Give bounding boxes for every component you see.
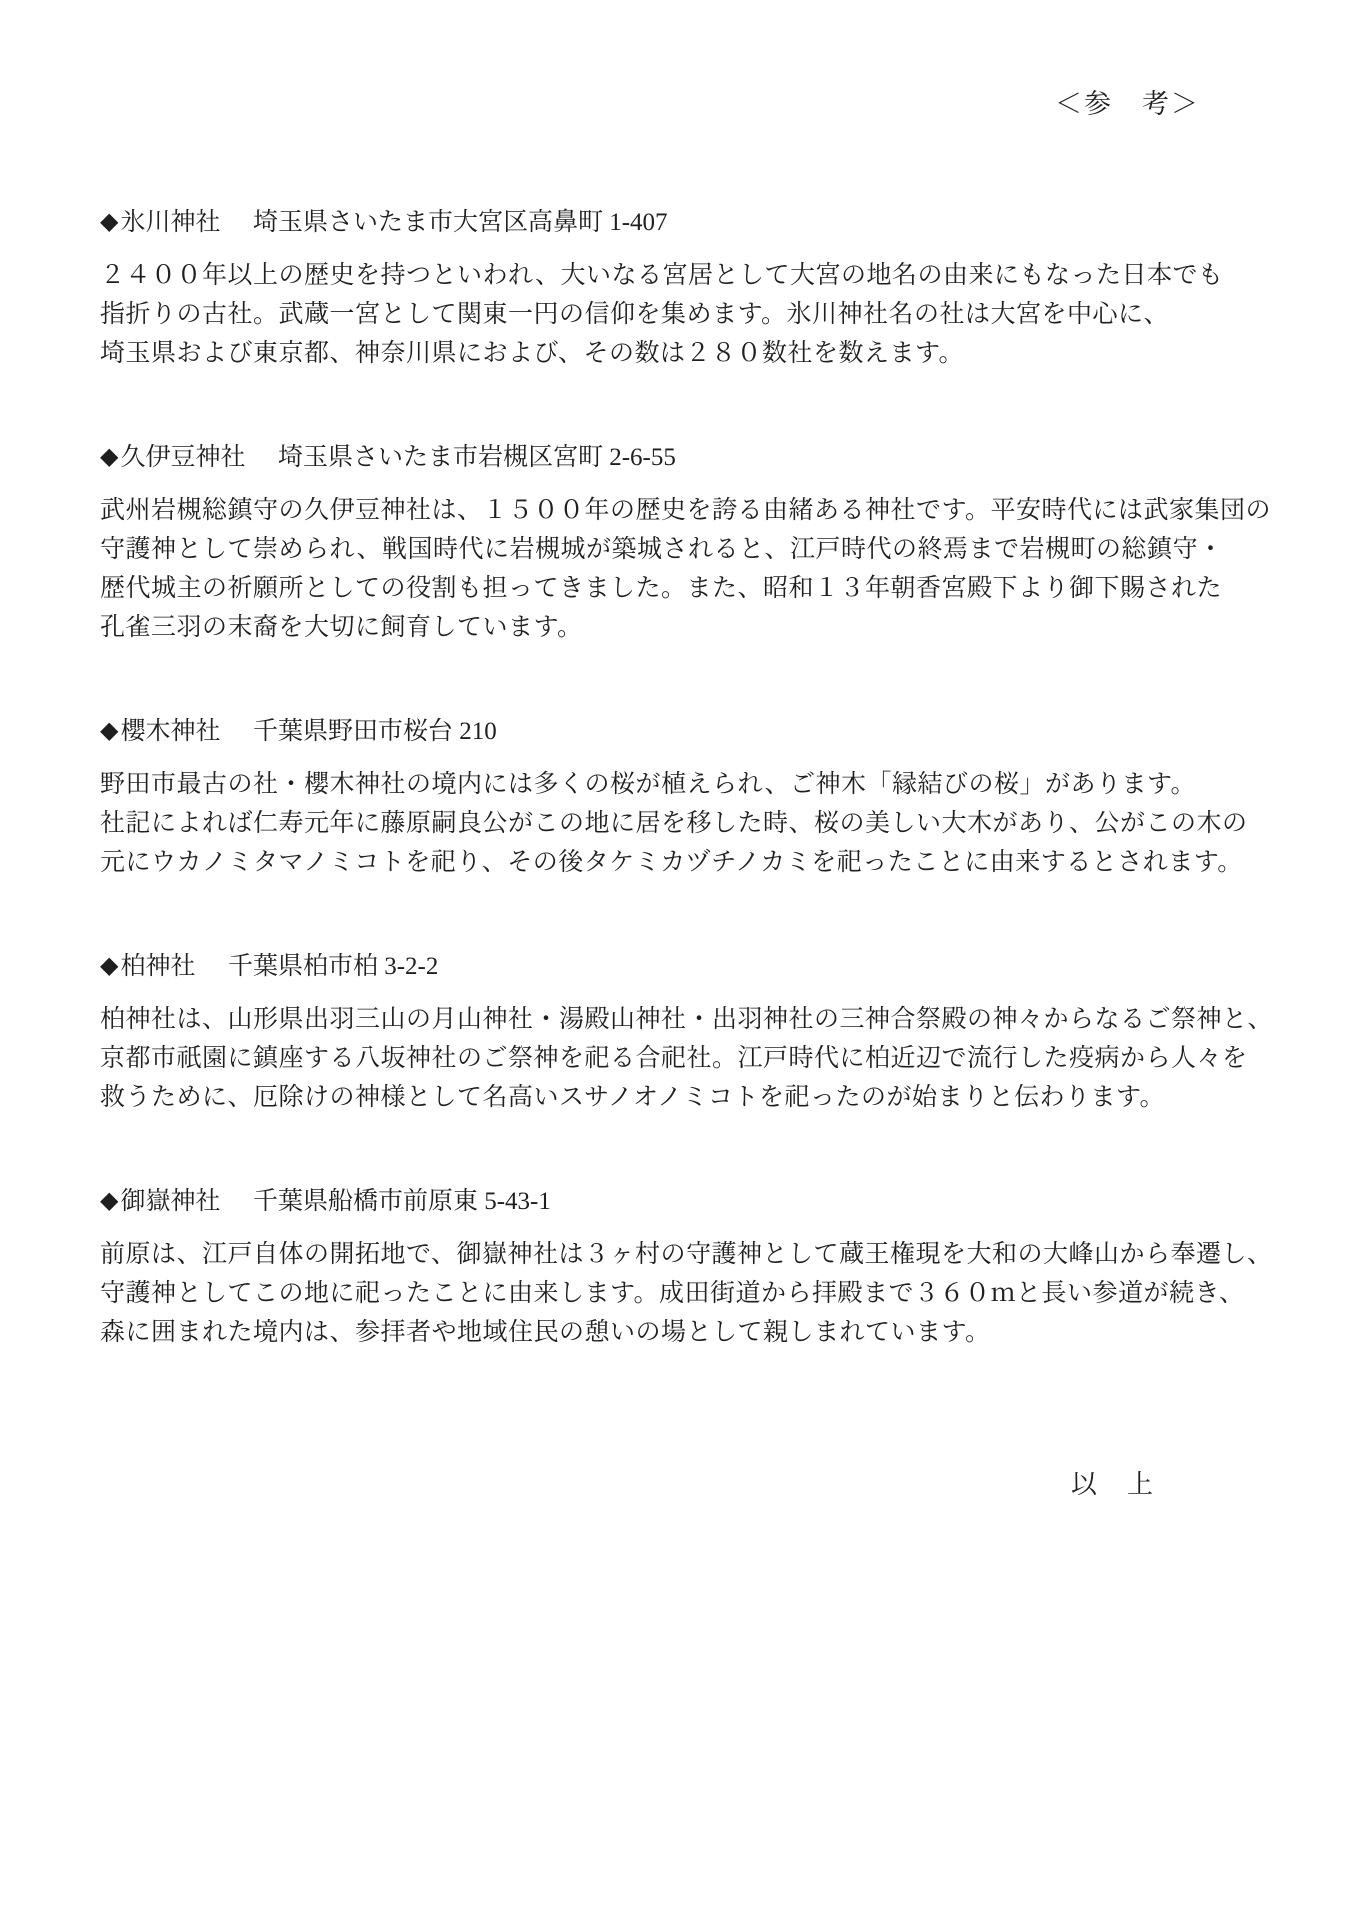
- diamond-bullet-icon: ◆: [100, 712, 118, 751]
- paragraph-line: 森に囲まれた境内は、参拝者や地域住民の憩いの場として親しまれています。: [100, 1313, 1267, 1352]
- shrine-name: 久伊豆神社: [120, 444, 245, 471]
- section-heading: ◆氷川神社埼玉県さいたま市大宮区高鼻町 1-407: [100, 203, 1267, 243]
- paragraph-line: 前原は、江戸自体の開拓地で、御嶽神社は３ヶ村の守護神として蔵王権現を大和の大峰山…: [100, 1235, 1267, 1274]
- paragraph-line: 指折りの古社。武蔵一宮として関東一円の信仰を集めます。氷川神社名の社は大宮を中心…: [100, 295, 1267, 334]
- paragraph-line: 救うために、厄除けの神様として名高いスサノオノミコトを祀ったのが始まりと伝わりま…: [100, 1078, 1267, 1117]
- diamond-bullet-icon: ◆: [100, 203, 118, 242]
- paragraph-line: 歴代城主の祈願所としての役割も担ってきました。また、昭和１３年朝香宮殿下より御下…: [100, 569, 1267, 608]
- shrine-name: 御嶽神社: [120, 1188, 220, 1215]
- document-page: ＜参 考＞ ◆氷川神社埼玉県さいたま市大宮区高鼻町 1-407２４００年以上の歴…: [0, 0, 1357, 1920]
- shrine-address: 千葉県野田市桜台 210: [253, 718, 497, 745]
- section-heading: ◆櫻木神社千葉県野田市桜台 210: [100, 712, 1267, 752]
- paragraph-line: 守護神として崇められ、戦国時代に岩槻城が築城されると、江戸時代の終焉まで岩槻町の…: [100, 530, 1267, 569]
- diamond-bullet-icon: ◆: [100, 1182, 118, 1221]
- section-heading: ◆柏神社千葉県柏市柏 3-2-2: [100, 947, 1267, 987]
- shrine-name: 氷川神社: [120, 209, 220, 236]
- diamond-bullet-icon: ◆: [100, 438, 118, 477]
- section-heading: ◆久伊豆神社埼玉県さいたま市岩槻区宮町 2-6-55: [100, 438, 1267, 478]
- closing-label: 以 上: [0, 1417, 1357, 1504]
- paragraph-line: 社記によれば仁寿元年に藤原嗣良公がこの地に居を移した時、桜の美しい大木があり、公…: [100, 804, 1267, 843]
- section-paragraph: ２４００年以上の歴史を持つといわれ、大いなる宮居として大宮の地名の由来にもなった…: [100, 256, 1267, 373]
- shrine-address: 埼玉県さいたま市岩槻区宮町 2-6-55: [278, 444, 676, 471]
- paragraph-line: 京都市祇園に鎮座する八坂神社のご祭神を祀る合祀社。江戸時代に柏近辺で流行した疫病…: [100, 1039, 1267, 1078]
- shrine-section: ◆久伊豆神社埼玉県さいたま市岩槻区宮町 2-6-55武州岩槻総鎮守の久伊豆神社は…: [100, 438, 1267, 647]
- paragraph-line: 武州岩槻総鎮守の久伊豆神社は、１５００年の歴史を誇る由緒ある神社です。平安時代に…: [100, 491, 1267, 530]
- shrine-name: 柏神社: [120, 953, 195, 980]
- shrine-address: 千葉県船橋市前原東 5-43-1: [253, 1188, 551, 1215]
- shrine-section: ◆御嶽神社千葉県船橋市前原東 5-43-1前原は、江戸自体の開拓地で、御嶽神社は…: [100, 1182, 1267, 1352]
- section-paragraph: 前原は、江戸自体の開拓地で、御嶽神社は３ヶ村の守護神として蔵王権現を大和の大峰山…: [100, 1235, 1267, 1352]
- shrine-name: 櫻木神社: [120, 718, 220, 745]
- shrine-address: 埼玉県さいたま市大宮区高鼻町 1-407: [253, 209, 668, 236]
- diamond-bullet-icon: ◆: [100, 947, 118, 986]
- shrine-address: 千葉県柏市柏 3-2-2: [228, 953, 438, 980]
- section-paragraph: 柏神社は、山形県出羽三山の月山神社・湯殿山神社・出羽神社の三神合祭殿の神々からな…: [100, 1000, 1267, 1117]
- paragraph-line: 埼玉県および東京都、神奈川県におよび、その数は２８０数社を数えます。: [100, 334, 1267, 373]
- paragraph-line: 元にウカノミタマノミコトを祀り、その後タケミカヅチノカミを祀ったことに由来すると…: [100, 843, 1267, 882]
- paragraph-line: 野田市最古の社・櫻木神社の境内には多くの桜が植えられ、ご神木「縁結びの桜」があり…: [100, 765, 1267, 804]
- section-paragraph: 野田市最古の社・櫻木神社の境内には多くの桜が植えられ、ご神木「縁結びの桜」があり…: [100, 765, 1267, 882]
- section-paragraph: 武州岩槻総鎮守の久伊豆神社は、１５００年の歴史を誇る由緒ある神社です。平安時代に…: [100, 491, 1267, 647]
- paragraph-line: 柏神社は、山形県出羽三山の月山神社・湯殿山神社・出羽神社の三神合祭殿の神々からな…: [100, 1000, 1267, 1039]
- paragraph-line: ２４００年以上の歴史を持つといわれ、大いなる宮居として大宮の地名の由来にもなった…: [100, 256, 1267, 295]
- shrine-section: ◆櫻木神社千葉県野田市桜台 210野田市最古の社・櫻木神社の境内には多くの桜が植…: [100, 712, 1267, 882]
- shrine-section: ◆氷川神社埼玉県さいたま市大宮区高鼻町 1-407２４００年以上の歴史を持つとい…: [100, 203, 1267, 373]
- reference-header: ＜参 考＞: [0, 0, 1357, 124]
- section-heading: ◆御嶽神社千葉県船橋市前原東 5-43-1: [100, 1182, 1267, 1222]
- paragraph-line: 守護神としてこの地に祀ったことに由来します。成田街道から拝殿まで３６０ｍと長い参…: [100, 1274, 1267, 1313]
- shrine-section: ◆柏神社千葉県柏市柏 3-2-2柏神社は、山形県出羽三山の月山神社・湯殿山神社・…: [100, 947, 1267, 1117]
- paragraph-line: 孔雀三羽の末裔を大切に飼育しています。: [100, 608, 1267, 647]
- sections-container: ◆氷川神社埼玉県さいたま市大宮区高鼻町 1-407２４００年以上の歴史を持つとい…: [0, 124, 1357, 1352]
